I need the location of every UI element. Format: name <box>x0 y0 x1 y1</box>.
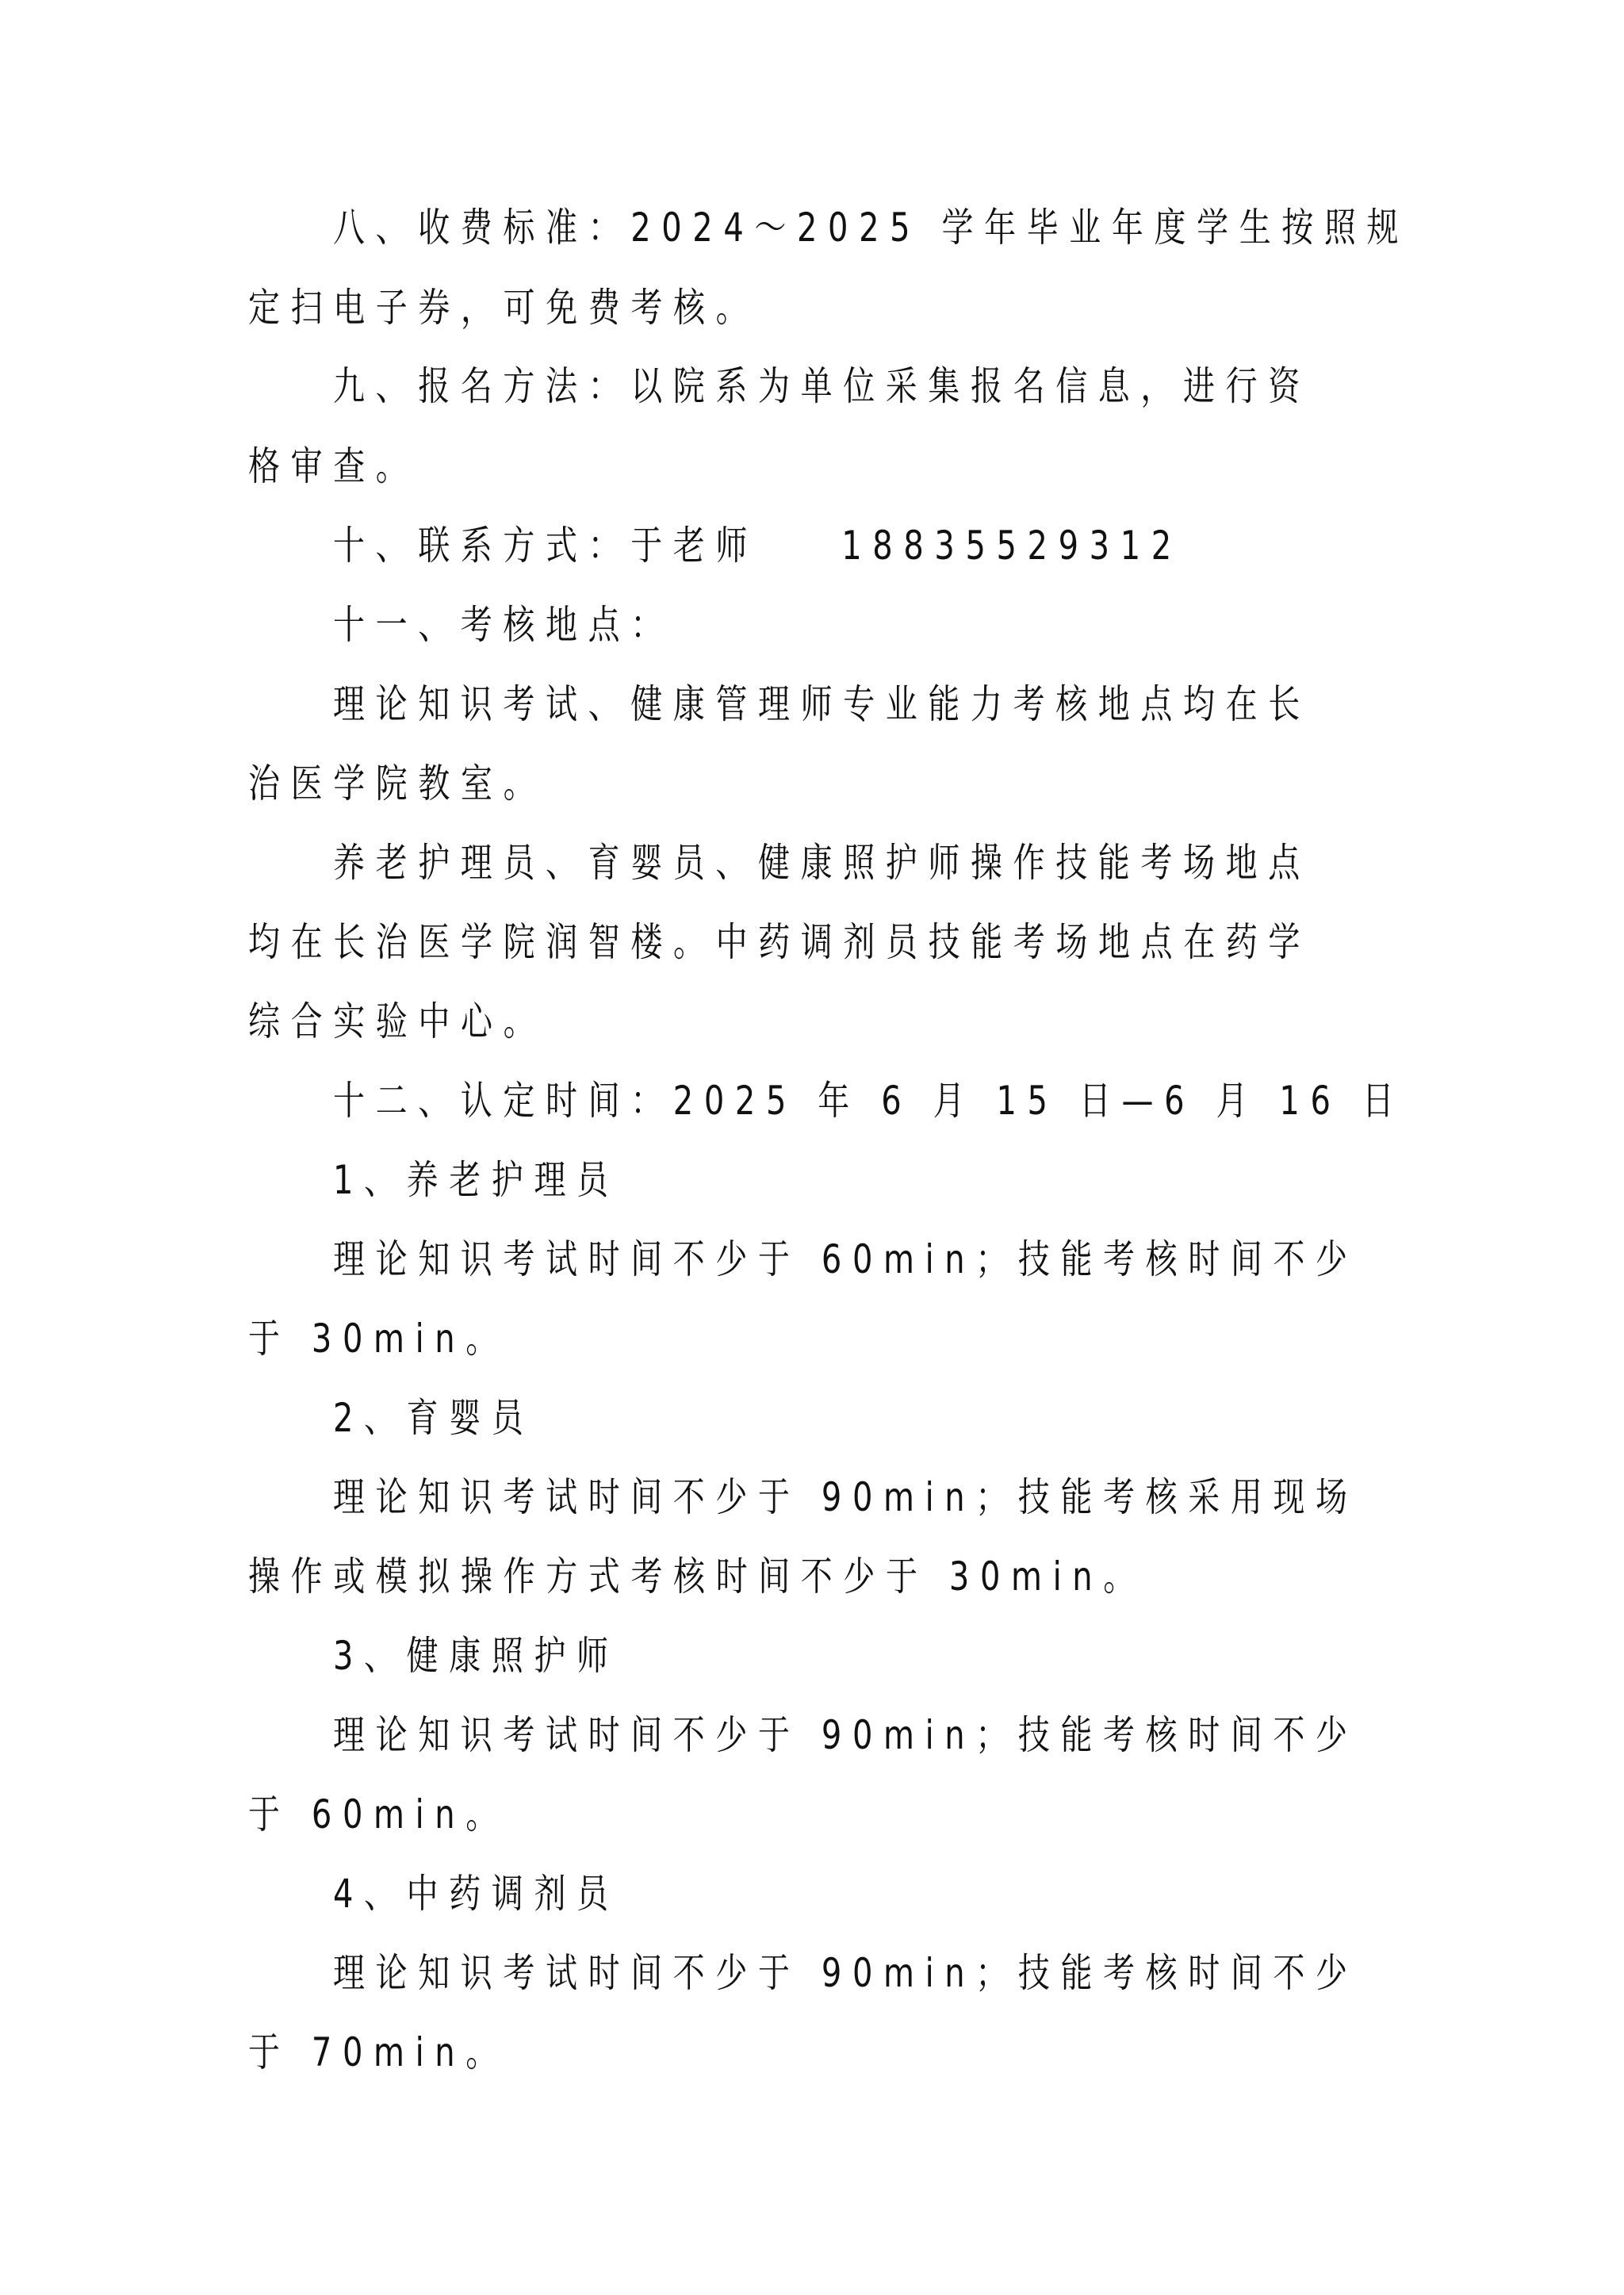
elderly-caregiver-heading: 1、养老护理员 <box>333 1140 619 1220</box>
health-care-worker-time-line-1: 理论知识考试时间不少于 90min；技能考核时间不少 <box>333 1695 1358 1775</box>
certification-time-heading: 十二、认定时间：2025 年 6 月 15 日—6 月 16 日 <box>333 1061 1404 1140</box>
health-care-worker-time-line-2: 于 60min。 <box>248 1775 508 1854</box>
skills-exam-location-line-2: 均在长治医学院润智楼。中药调剂员技能考场地点在药学 <box>248 902 1311 982</box>
fee-standard-line-2: 定扫电子券，可免费考核。 <box>248 268 758 347</box>
health-care-worker-heading: 3、健康照护师 <box>333 1616 619 1695</box>
registration-method-line-1: 九、报名方法：以院系为单位采集报名信息，进行资 <box>333 347 1311 426</box>
childcare-worker-time-line-2: 操作或模拟操作方式考核时间不少于 30min。 <box>248 1537 1146 1616</box>
skills-exam-location-line-3: 综合实验中心。 <box>248 982 546 1061</box>
elderly-caregiver-time-line-2: 于 30min。 <box>248 1299 508 1378</box>
elderly-caregiver-time-line-1: 理论知识考试时间不少于 60min；技能考核时间不少 <box>333 1220 1358 1299</box>
document-page: 八、收费标准：2024～2025 学年毕业年度学生按照规 定扫电子券，可免费考核… <box>0 0 1624 2295</box>
contact-info-line: 十、联系方式：于老师 18835529312 <box>333 506 1182 585</box>
tcm-dispenser-time-line-2: 于 70min。 <box>248 2013 508 2092</box>
theory-exam-location-line-2: 治医学院教室。 <box>248 744 546 823</box>
fee-standard-line-1: 八、收费标准：2024～2025 学年毕业年度学生按照规 <box>333 188 1409 267</box>
tcm-dispenser-heading: 4、中药调剂员 <box>333 1854 619 1933</box>
skills-exam-location-line-1: 养老护理员、育婴员、健康照护师操作技能考场地点 <box>333 823 1311 902</box>
theory-exam-location-line-1: 理论知识考试、健康管理师专业能力考核地点均在长 <box>333 665 1311 744</box>
registration-method-line-2: 格审查。 <box>248 427 418 506</box>
childcare-worker-heading: 2、育婴员 <box>333 1378 534 1458</box>
childcare-worker-time-line-1: 理论知识考试时间不少于 90min；技能考核采用现场 <box>333 1458 1358 1537</box>
exam-location-heading: 十一、考核地点： <box>333 585 673 665</box>
tcm-dispenser-time-line-1: 理论知识考试时间不少于 90min；技能考核时间不少 <box>333 1933 1358 2013</box>
